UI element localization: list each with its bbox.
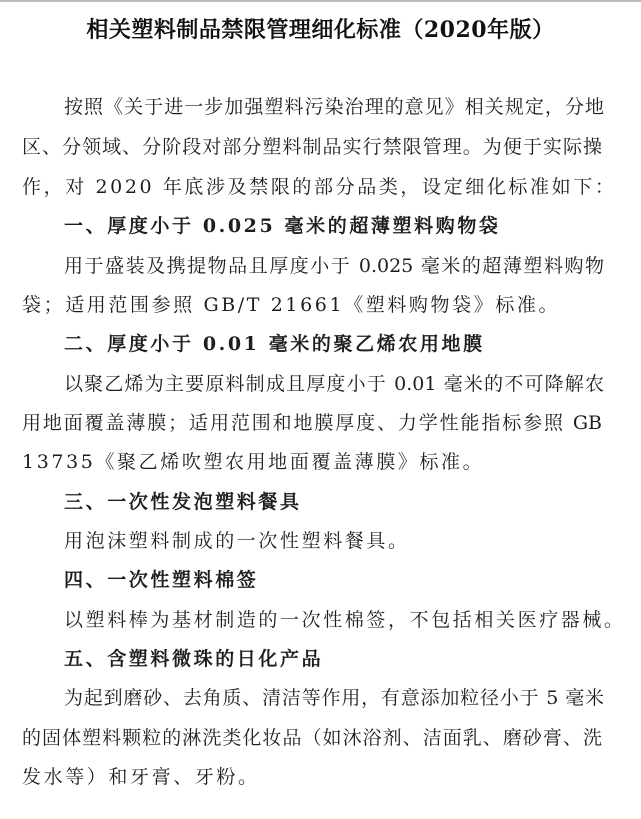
intro-line-3: 作，对 2020 年底涉及禁限的部分品类，设定细化标准如下： (22, 174, 602, 200)
section-heading-3: 三、一次性发泡塑料餐具 (64, 489, 604, 515)
top-border (0, 0, 641, 2)
section-heading-5: 五、含塑料微珠的日化产品 (64, 646, 604, 672)
section-heading-1: 一、厚度小于 0.025 毫米的超薄塑料购物袋 (64, 213, 604, 239)
section-1-line-1: 用于盛装及携提物品且厚度小于 0.025 毫米的超薄塑料购物 (64, 253, 604, 279)
intro-line-2: 区、分领域、分阶段对部分塑料制品实行禁限管理。为便于实际操 (22, 134, 602, 160)
section-5-line-2: 的固体塑料颗粒的淋洗类化妆品（如沐浴剂、洁面乳、磨砂膏、洗 (22, 725, 602, 751)
section-2-line-1: 以聚乙烯为主要原料制成且厚度小于 0.01 毫米的不可降解农 (64, 371, 604, 397)
section-4-line-1: 以塑料棒为基材制造的一次性棉签，不包括相关医疗器械。 (64, 607, 604, 633)
section-heading-4: 四、一次性塑料棉签 (64, 567, 604, 593)
section-5-line-3: 发水等）和牙膏、牙粉。 (22, 764, 602, 790)
intro-line-1: 按照《关于进一步加强塑料污染治理的意见》相关规定，分地 (64, 94, 604, 120)
document-title: 相关塑料制品禁限管理细化标准（2020年版） (0, 14, 641, 46)
section-5-line-1: 为起到磨砂、去角质、清洁等作用，有意添加粒径小于 5 毫米 (64, 685, 604, 711)
section-2-line-2: 用地面覆盖薄膜；适用范围和地膜厚度、力学性能指标参照 GB (22, 410, 602, 436)
section-heading-2: 二、厚度小于 0.01 毫米的聚乙烯农用地膜 (64, 331, 604, 357)
section-3-line-1: 用泡沫塑料制成的一次性塑料餐具。 (64, 528, 604, 554)
section-2-line-3: 13735《聚乙烯吹塑农用地面覆盖薄膜》标准。 (22, 449, 602, 475)
section-1-line-2: 袋；适用范围参照 GB/T 21661《塑料购物袋》标准。 (22, 292, 602, 318)
